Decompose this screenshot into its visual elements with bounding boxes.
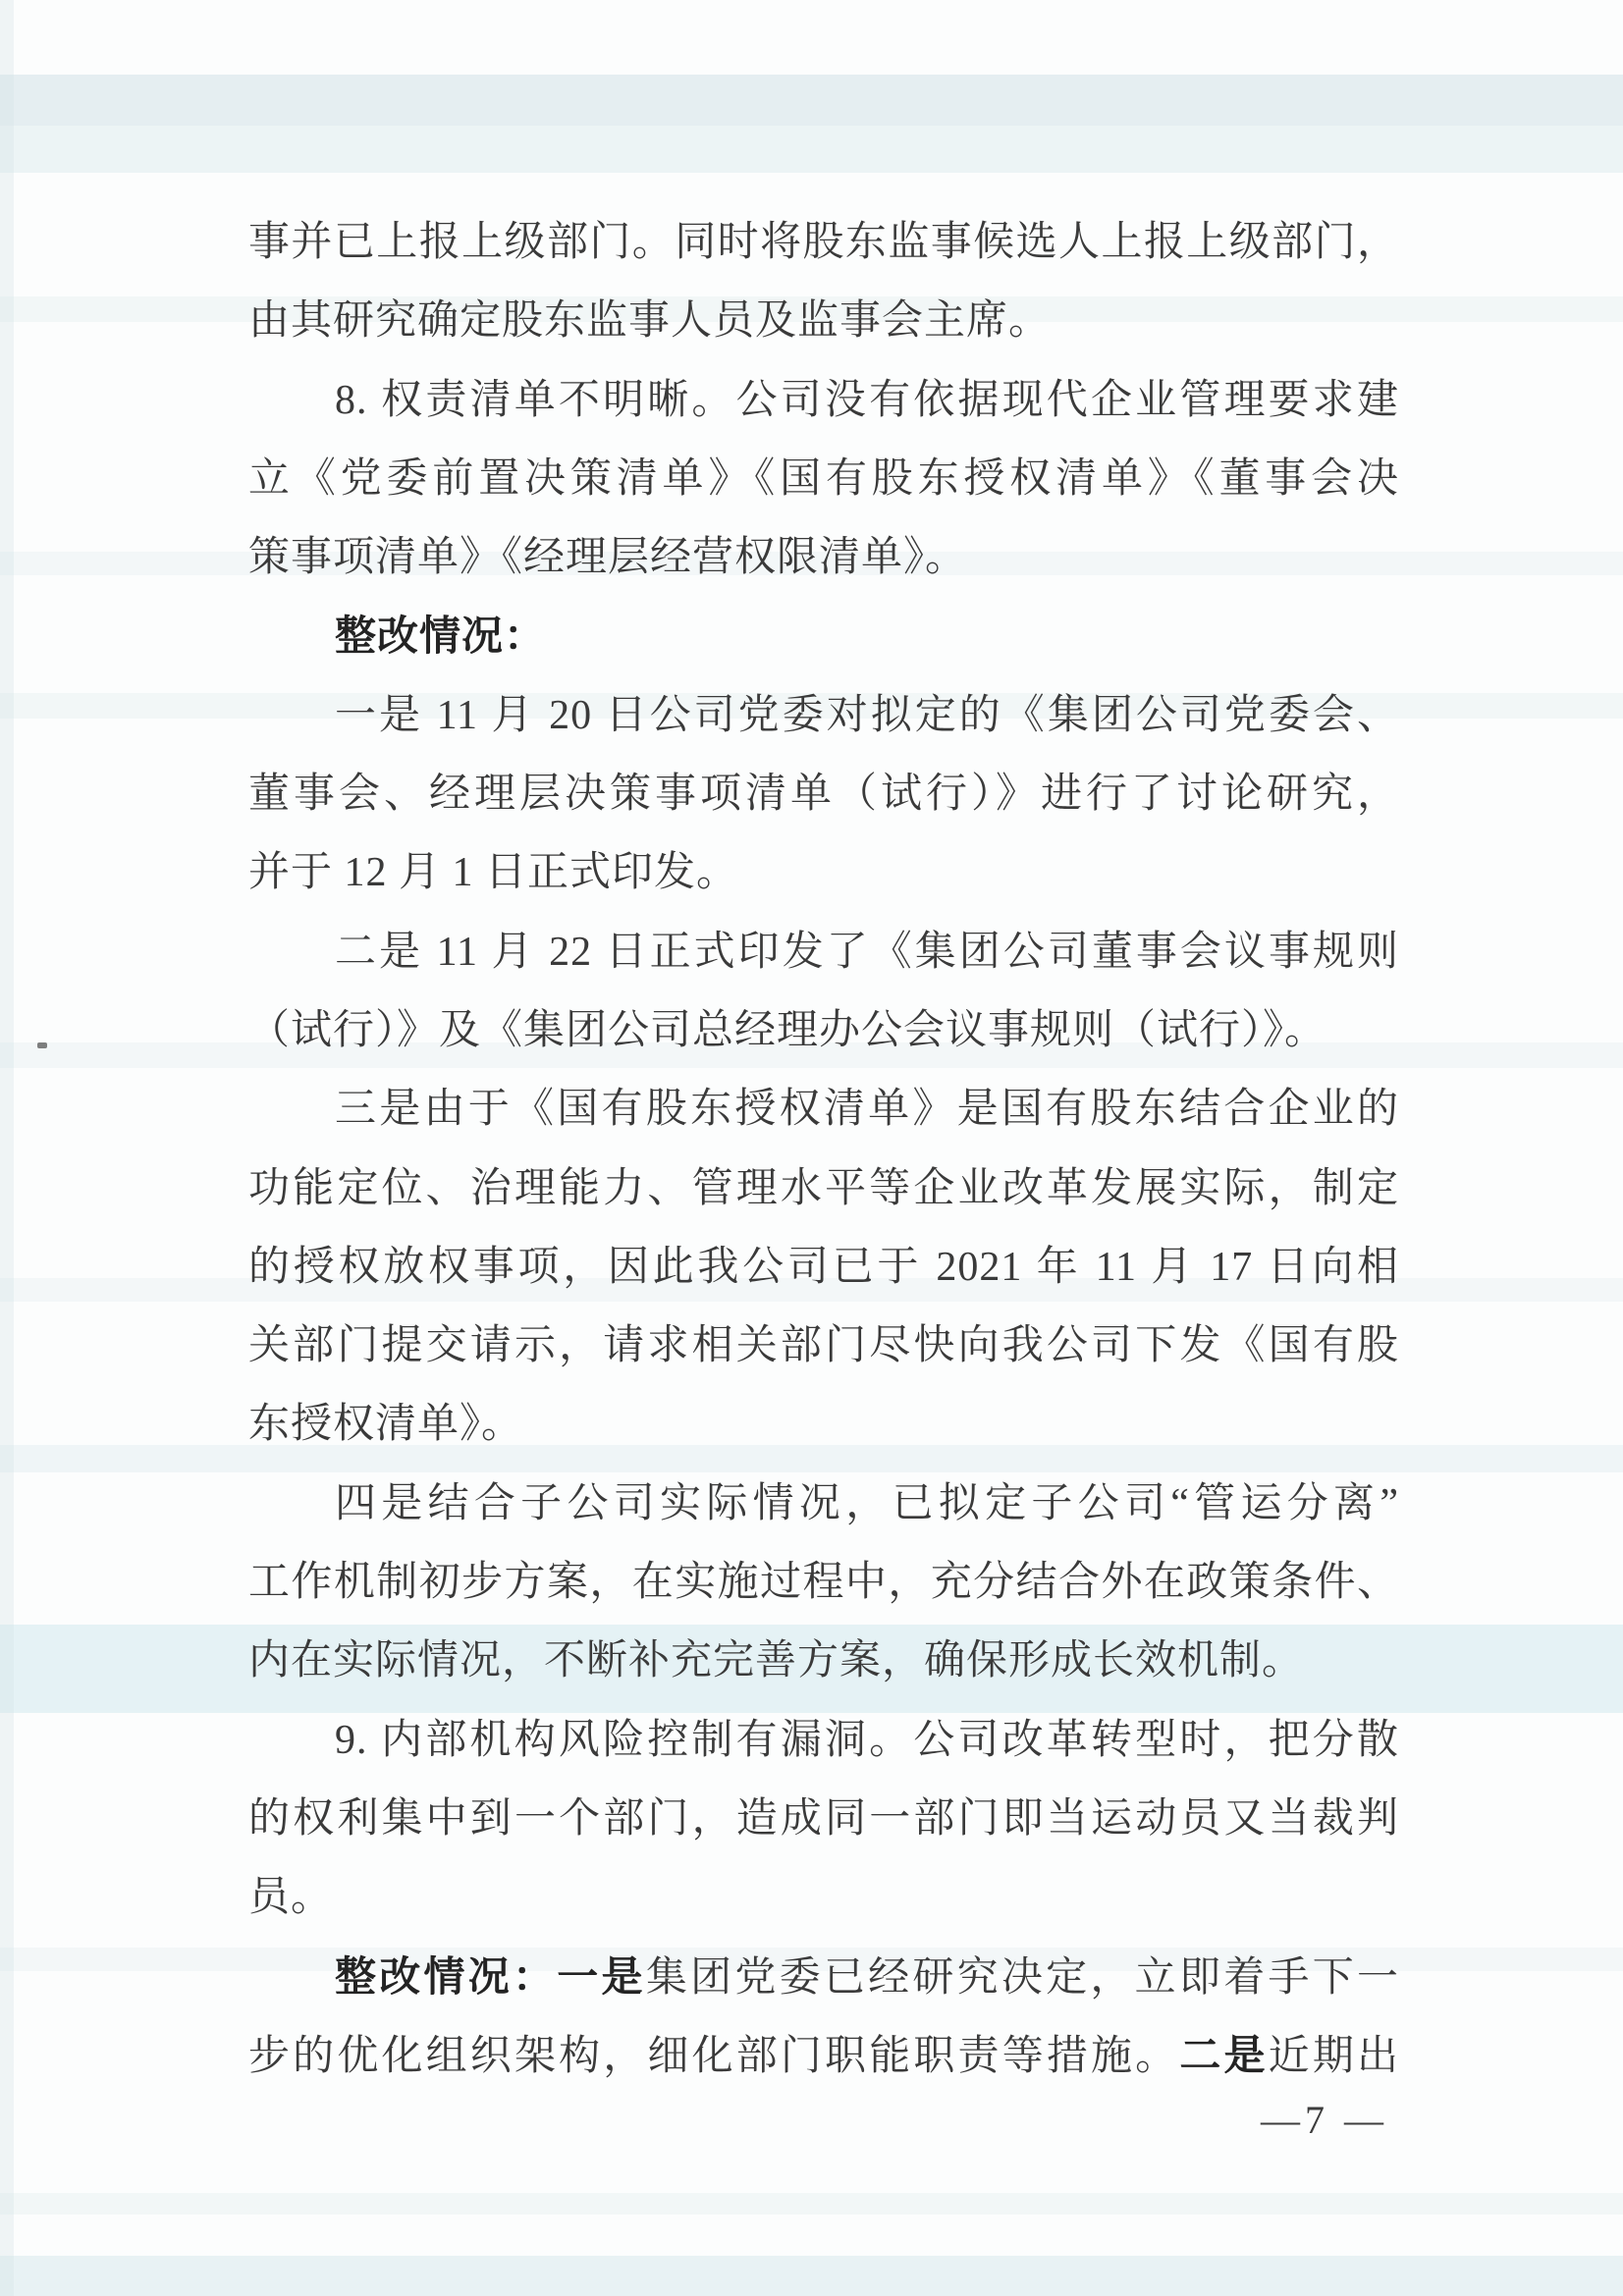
text-line: 工作机制初步方案，在实施过程中，充分结合外在政策条件、 [248,1543,1399,1622]
text-line: 并于 12 月 1 日正式印发。 [248,833,1399,912]
scan-band [0,2256,1623,2296]
scan-band [0,2193,1623,2215]
text-block: 事并已上报上级部门。同时将股东监事候选人上报上级部门，由其研究确定股东监事人员及… [248,203,1399,2095]
text-line: （试行）》及《集团公司总经理办公会议事规则（试行）》。 [248,991,1399,1070]
text-line: 由其研究确定股东监事人员及监事会主席。 [248,282,1399,360]
scan-edge-shadow [0,0,14,2296]
text-run: 并于 12 月 1 日正式印发。 [248,850,738,895]
text-line: 整改情况： [248,597,1399,675]
text-line: 内在实际情况，不断补充完善方案，确保形成长效机制。 [248,1622,1399,1700]
text-run: 一是 11 月 20 日公司党委对拟定的《集团公司党委会、 [335,693,1399,738]
text-run: 工作机制初步方案，在实施过程中，充分结合外在政策条件、 [248,1560,1399,1605]
text-run: 立《党委前置决策清单》《国有股东授权清单》《董事会决 [248,456,1399,502]
text-line: 策事项清单》《经理层经营权限清单》。 [248,518,1399,597]
text-run: 步的优化组织架构，细化部门职能职责等措施。 [248,2034,1179,2079]
text-line: 一是 11 月 20 日公司党委对拟定的《集团公司党委会、 [248,676,1399,755]
text-line: 9. 内部机构风险控制有漏洞。公司改革转型时，把分散 [248,1701,1399,1780]
text-run: 内在实际情况，不断补充完善方案，确保形成长效机制。 [248,1638,1304,1683]
text-run: （试行）》及《集团公司总经理办公会议事规则（试行）》。 [248,1008,1326,1053]
text-run: 关部门提交请示，请求相关部门尽快向我公司下发《国有股 [248,1323,1399,1368]
text-line: 董事会、经理层决策事项清单（试行）》进行了讨论研究， [248,755,1399,833]
text-line: 东授权清单》。 [248,1385,1399,1464]
text-line: 关部门提交请示，请求相关部门尽快向我公司下发《国有股 [248,1307,1399,1385]
text-line: 事并已上报上级部门。同时将股东监事候选人上报上级部门， [248,203,1399,282]
text-run: 功能定位、治理能力、管理水平等企业改革发展实际，制定 [248,1166,1399,1211]
text-line: 二是 11 月 22 日正式印发了《集团公司董事会议事规则 [248,913,1399,991]
text-line: 员。 [248,1858,1399,1937]
text-run: 的权利集中到一个部门，造成同一部门即当运动员又当裁判 [248,1796,1399,1842]
text-run: 四是结合子公司实际情况，已拟定子公司“管运分离” [335,1481,1399,1526]
text-line: 功能定位、治理能力、管理水平等企业改革发展实际，制定 [248,1149,1399,1228]
text-line: 四是结合子公司实际情况，已拟定子公司“管运分离” [248,1465,1399,1543]
page-number: —7 — [1261,2097,1388,2143]
text-run: 事并已上报上级部门。同时将股东监事候选人上报上级部门， [248,220,1399,265]
text-line: 8. 权责清单不明晰。公司没有依据现代企业管理要求建 [248,361,1399,440]
text-run: 董事会、经理层决策事项清单（试行）》进行了讨论研究， [248,772,1399,817]
text-run: 近期出 [1269,2034,1399,2079]
text-line: 的授权放权事项，因此我公司已于 2021 年 11 月 17 日向相 [248,1228,1399,1307]
text-line: 立《党委前置决策清单》《国有股东授权清单》《董事会决 [248,440,1399,518]
text-run: 9. 内部机构风险控制有漏洞。公司改革转型时，把分散 [335,1718,1399,1763]
text-run: 东授权清单》。 [248,1402,523,1447]
text-run: 的授权放权事项，因此我公司已于 2021 年 11 月 17 日向相 [248,1245,1399,1290]
scan-band [0,126,1623,173]
bold-run: 整改情况：一是 [335,1953,646,2000]
bold-run: 二是 [1179,2032,1268,2078]
scan-band [0,75,1623,126]
bold-run: 整改情况： [335,613,546,659]
text-line: 整改情况：一是集团党委已经研究决定，立即着手下一 [248,1938,1399,2016]
text-run: 员。 [248,1875,333,1920]
text-run: 由其研究确定股东监事人员及监事会主席。 [248,298,1051,344]
text-run: 二是 11 月 22 日正式印发了《集团公司董事会议事规则 [335,930,1399,975]
text-run: 8. 权责清单不明晰。公司没有依据现代企业管理要求建 [335,378,1399,423]
text-line: 三是由于《国有股东授权清单》是国有股东结合企业的 [248,1070,1399,1148]
text-run: 三是由于《国有股东授权清单》是国有股东结合企业的 [335,1087,1399,1132]
text-line: 的权利集中到一个部门，造成同一部门即当运动员又当裁判 [248,1780,1399,1858]
text-run: 集团党委已经研究决定，立即着手下一 [646,1955,1399,2001]
document-page: 事并已上报上级部门。同时将股东监事候选人上报上级部门，由其研究确定股东监事人员及… [0,0,1623,2296]
ink-speck [37,1042,47,1048]
text-run: 策事项清单》《经理层经营权限清单》。 [248,535,967,580]
text-line: 步的优化组织架构，细化部门职能职责等措施。二是近期出 [248,2016,1399,2095]
